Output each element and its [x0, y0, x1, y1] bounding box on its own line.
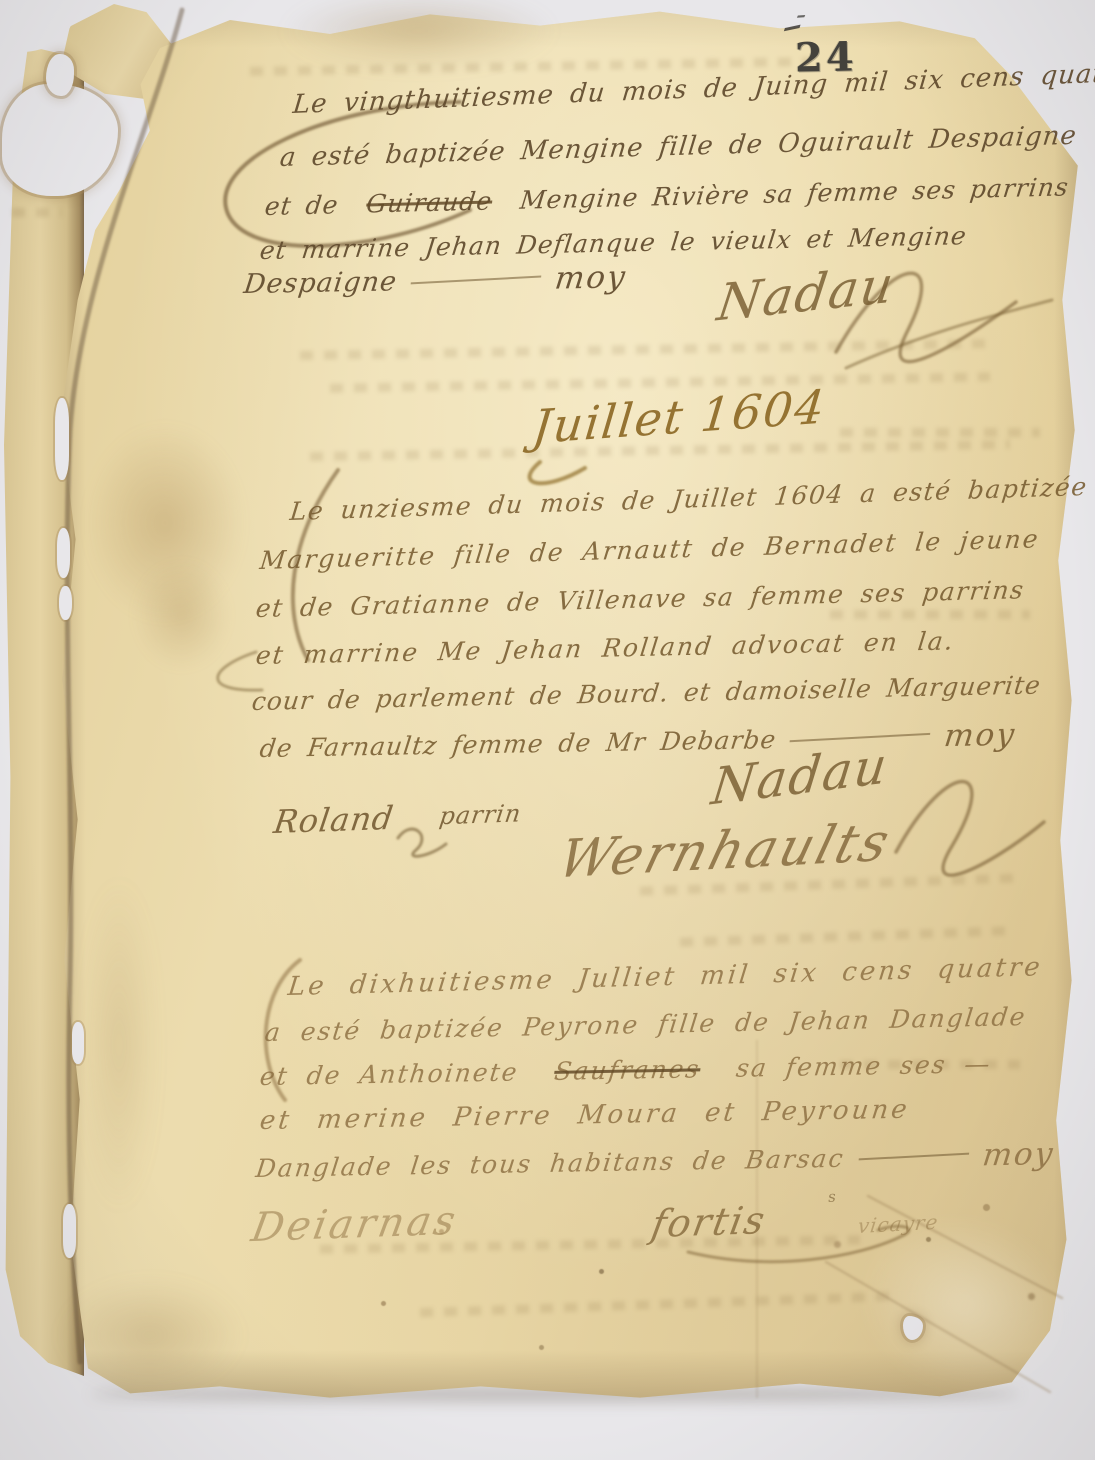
torn-corner — [0, 0, 74, 52]
edge-gap — [55, 398, 69, 480]
edge-gap — [72, 1022, 84, 1064]
edge-gap — [59, 586, 72, 620]
edge-gap — [57, 528, 70, 578]
edge-gap — [63, 1204, 76, 1258]
torn-hole — [2, 84, 118, 196]
manuscript-photo: 24 Le vingthuitiesme du mois de Juing mi… — [0, 0, 1095, 1460]
vertical-crease — [756, 1040, 758, 1398]
manuscript-page — [55, 6, 1085, 1406]
page-number-stamp: 24 — [795, 33, 857, 81]
torn-hole — [46, 54, 74, 96]
